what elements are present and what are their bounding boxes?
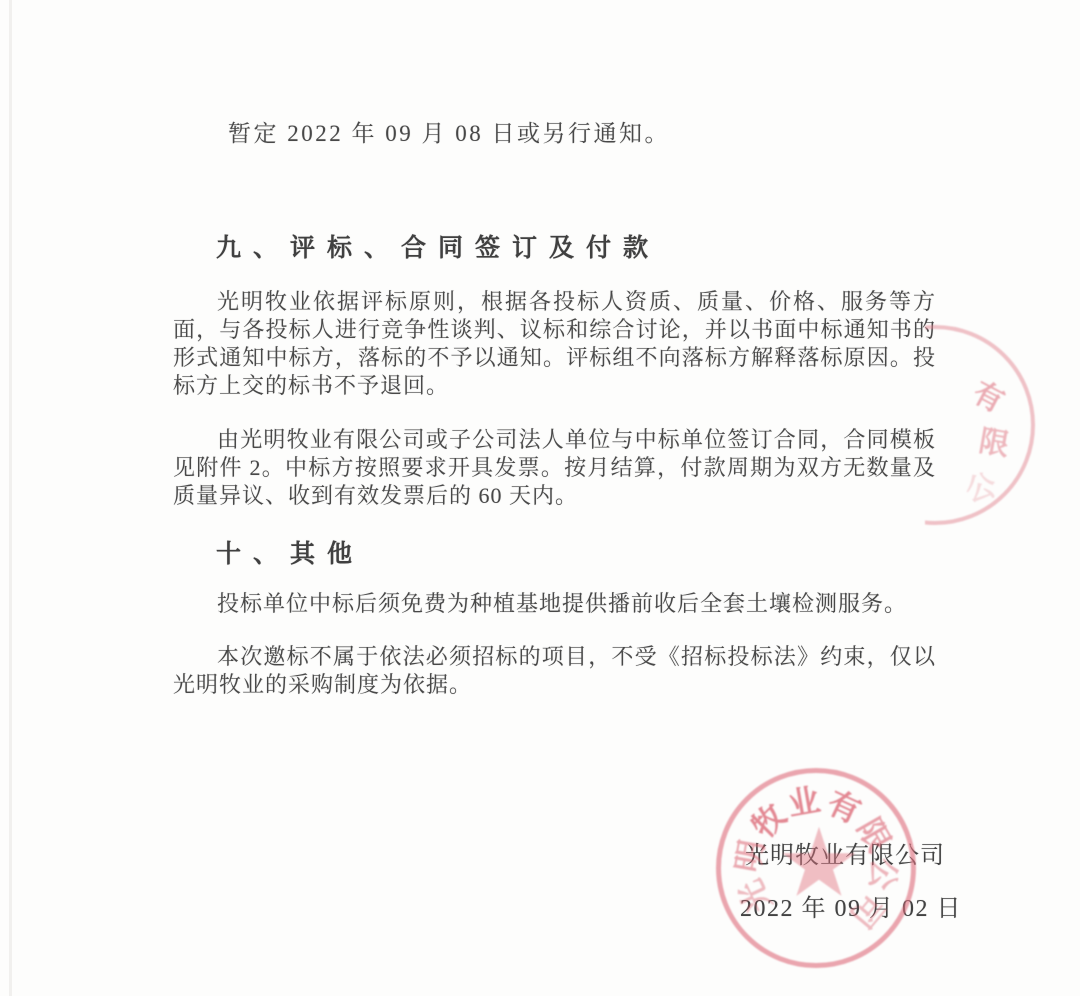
edge-seal-char: 限 [977, 427, 1012, 462]
section-9-paragraph-1: 光明牧业依据评标原则，根据各投标人资质、质量、价格、服务等方面，与各投标人进行竞… [173, 288, 936, 400]
scan-edge-artifact [9, 0, 12, 996]
seal-arc-char: 有 [823, 786, 866, 829]
edge-seal-char: 公 [963, 471, 999, 507]
seal-arc-char: 业 [785, 783, 822, 820]
edge-seal-stamp: 有 限 公 [925, 310, 1080, 540]
section-10-paragraph-2: 本次邀标不属于依法必须招标的项目，不受《招标投标法》约束，仅以光明牧业的采购制度… [173, 643, 936, 699]
signature-company-name: 光明牧业有限公司 [745, 835, 945, 870]
signature-date: 2022 年 09 月 02 日 [740, 888, 962, 923]
document-page: 暂定 2022 年 09 月 08 日或另行通知。 九、评标、合同签订及付款 光… [0, 0, 1080, 996]
section-10-heading: 十、其他 [216, 540, 364, 570]
section-9-heading: 九、评标、合同签订及付款 [216, 234, 660, 264]
intro-line: 暂定 2022 年 09 月 08 日或另行通知。 [228, 120, 670, 148]
section-9-paragraph-2: 由光明牧业有限公司或子公司法人单位与中标单位签订合同，合同模板见附件 2。中标方… [173, 426, 936, 510]
section-10-paragraph-1: 投标单位中标后须免费为种植基地提供播前收后全套土壤检测服务。 [173, 590, 936, 618]
edge-seal-char: 有 [968, 378, 1009, 419]
edge-seal-ring [925, 325, 1035, 525]
